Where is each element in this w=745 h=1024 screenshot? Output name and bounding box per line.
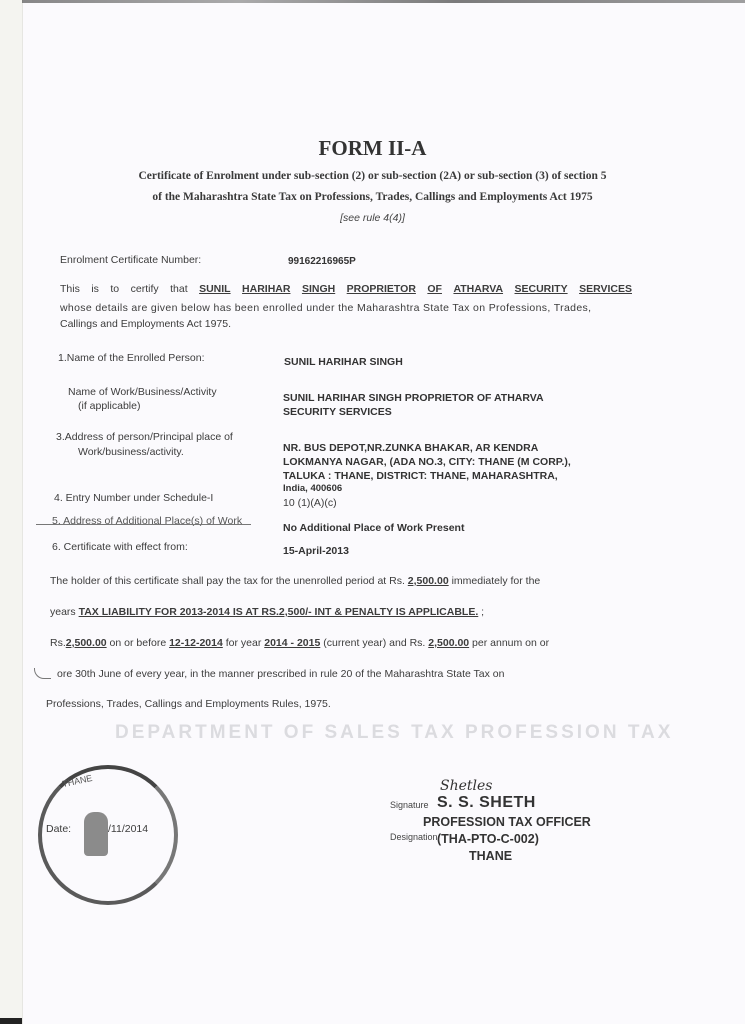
- tax-line-1: The holder of this certificate shall pay…: [50, 575, 540, 587]
- certified-name-word: SECURITY: [515, 283, 568, 295]
- text: (current year) and Rs.: [320, 637, 428, 649]
- certified-name-word: SINGH: [302, 283, 335, 295]
- subtitle-line-2: of the Maharashtra State Tax on Professi…: [0, 191, 745, 203]
- field-label-business-2: (if applicable): [78, 400, 140, 412]
- certify-word: that: [170, 283, 188, 295]
- date-value: /11/2014: [108, 823, 148, 835]
- officer-place: THANE: [469, 849, 512, 863]
- tax-line-3: Rs.2,500.00 on or before 12-12-2014 for …: [50, 637, 549, 649]
- officer-title: PROFESSION TAX OFFICER: [423, 815, 591, 829]
- certified-name-word: SERVICES: [579, 283, 632, 295]
- tax-line-5: Professions, Trades, Callings and Employ…: [46, 698, 331, 710]
- scan-corner: [0, 1018, 22, 1024]
- certified-name-word: SUNIL: [199, 283, 231, 295]
- annual-amount: 2,500.00: [428, 637, 469, 649]
- current-amount: 2,500.00: [66, 637, 107, 649]
- field-label-enrolled-person: 1.Name of the Enrolled Person:: [58, 352, 205, 364]
- signature-label: Signature: [390, 800, 429, 810]
- field-value-entry-number: 10 (1)(A)(c): [283, 497, 337, 509]
- tax-year: 2014 - 2015: [264, 637, 320, 649]
- tax-line-2: years TAX LIABILITY FOR 2013-2014 IS AT …: [50, 606, 484, 618]
- field-label-effect-from: 6. Certificate with effect from:: [52, 541, 188, 553]
- certify-line-2: whose details are given below has been e…: [60, 302, 591, 314]
- field-value-additional-place: No Additional Place of Work Present: [283, 522, 464, 534]
- national-emblem-icon: [84, 812, 108, 856]
- text: years: [50, 606, 79, 618]
- enrolment-number-label: Enrolment Certificate Number:: [60, 254, 201, 266]
- tax-liability-note: TAX LIABILITY FOR 2013-2014 IS AT RS.2,5…: [79, 606, 479, 618]
- certified-name-word: OF: [427, 283, 442, 295]
- tax-line-4: ore 30th June of every year, in the mann…: [57, 668, 505, 680]
- unenrolled-amount: 2,500.00: [408, 575, 449, 587]
- field-value-effect-from: 15-April-2013: [283, 545, 349, 557]
- field-value-address-2: LOKMANYA NAGAR, (ADA NO.3, CITY: THANE (…: [283, 456, 571, 468]
- text: The holder of this certificate shall pay…: [50, 575, 408, 587]
- enrolment-number: 99162216965P: [288, 256, 356, 267]
- pencil-line: [36, 524, 251, 525]
- due-date: 12-12-2014: [169, 637, 223, 649]
- text: immediately for the: [449, 575, 541, 587]
- field-label-entry-number: 4. Entry Number under Schedule-I: [54, 492, 213, 504]
- field-label-business: Name of Work/Business/Activity: [68, 386, 217, 398]
- date-label: Date:: [46, 823, 71, 835]
- field-value-business: SUNIL HARIHAR SINGH PROPRIETOR OF ATHARV…: [283, 392, 544, 404]
- form-title: FORM II-A: [0, 136, 745, 161]
- certify-line-3: Callings and Employments Act 1975.: [60, 318, 231, 330]
- subtitle-line-1: Certificate of Enrolment under sub-secti…: [0, 170, 745, 182]
- field-label-additional-place: 5. Address of Additional Place(s) of Wor…: [52, 515, 242, 527]
- official-stamp: [38, 765, 178, 905]
- handwritten-signature: Shetles: [440, 778, 492, 794]
- certified-name-word: HARIHAR: [242, 283, 290, 295]
- scan-top-edge: [22, 0, 745, 3]
- field-label-address: 3.Address of person/Principal place of: [56, 431, 233, 443]
- field-value-business-2: SECURITY SERVICES: [283, 406, 392, 418]
- department-watermark: DEPARTMENT OF SALES TAX PROFESSION TAX: [115, 722, 673, 744]
- certify-word: is: [91, 283, 99, 295]
- field-value-enrolled-person: SUNIL HARIHAR SINGH: [284, 356, 403, 368]
- text: for year: [223, 637, 264, 649]
- certify-word: certify: [131, 283, 159, 295]
- certified-name-word: ATHARVA: [453, 283, 503, 295]
- field-value-address-1: NR. BUS DEPOT,NR.ZUNKA BHAKAR, AR KENDRA: [283, 442, 538, 454]
- officer-name: S. S. SHETH: [437, 794, 536, 812]
- field-value-address-3: TALUKA : THANE, DISTRICT: THANE, MAHARAS…: [283, 470, 558, 482]
- text: ;: [478, 606, 484, 618]
- text: Rs.: [50, 637, 66, 649]
- field-label-address-2: Work/business/activity.: [78, 446, 184, 458]
- certified-name-word: PROPRIETOR: [347, 283, 416, 295]
- punch-hole-mark: [34, 668, 51, 679]
- certify-word: to: [110, 283, 119, 295]
- certify-line: This is to certify that SUNIL HARIHAR SI…: [60, 283, 632, 295]
- rule-reference: [see rule 4(4)]: [0, 212, 745, 224]
- field-value-address-4: India, 400606: [283, 483, 342, 494]
- officer-code: (THA-PTO-C-002): [437, 832, 539, 846]
- text: on or before: [107, 637, 169, 649]
- text: per annum on or: [469, 637, 549, 649]
- designation-label: Designation: [390, 832, 438, 842]
- certify-word: This: [60, 283, 80, 295]
